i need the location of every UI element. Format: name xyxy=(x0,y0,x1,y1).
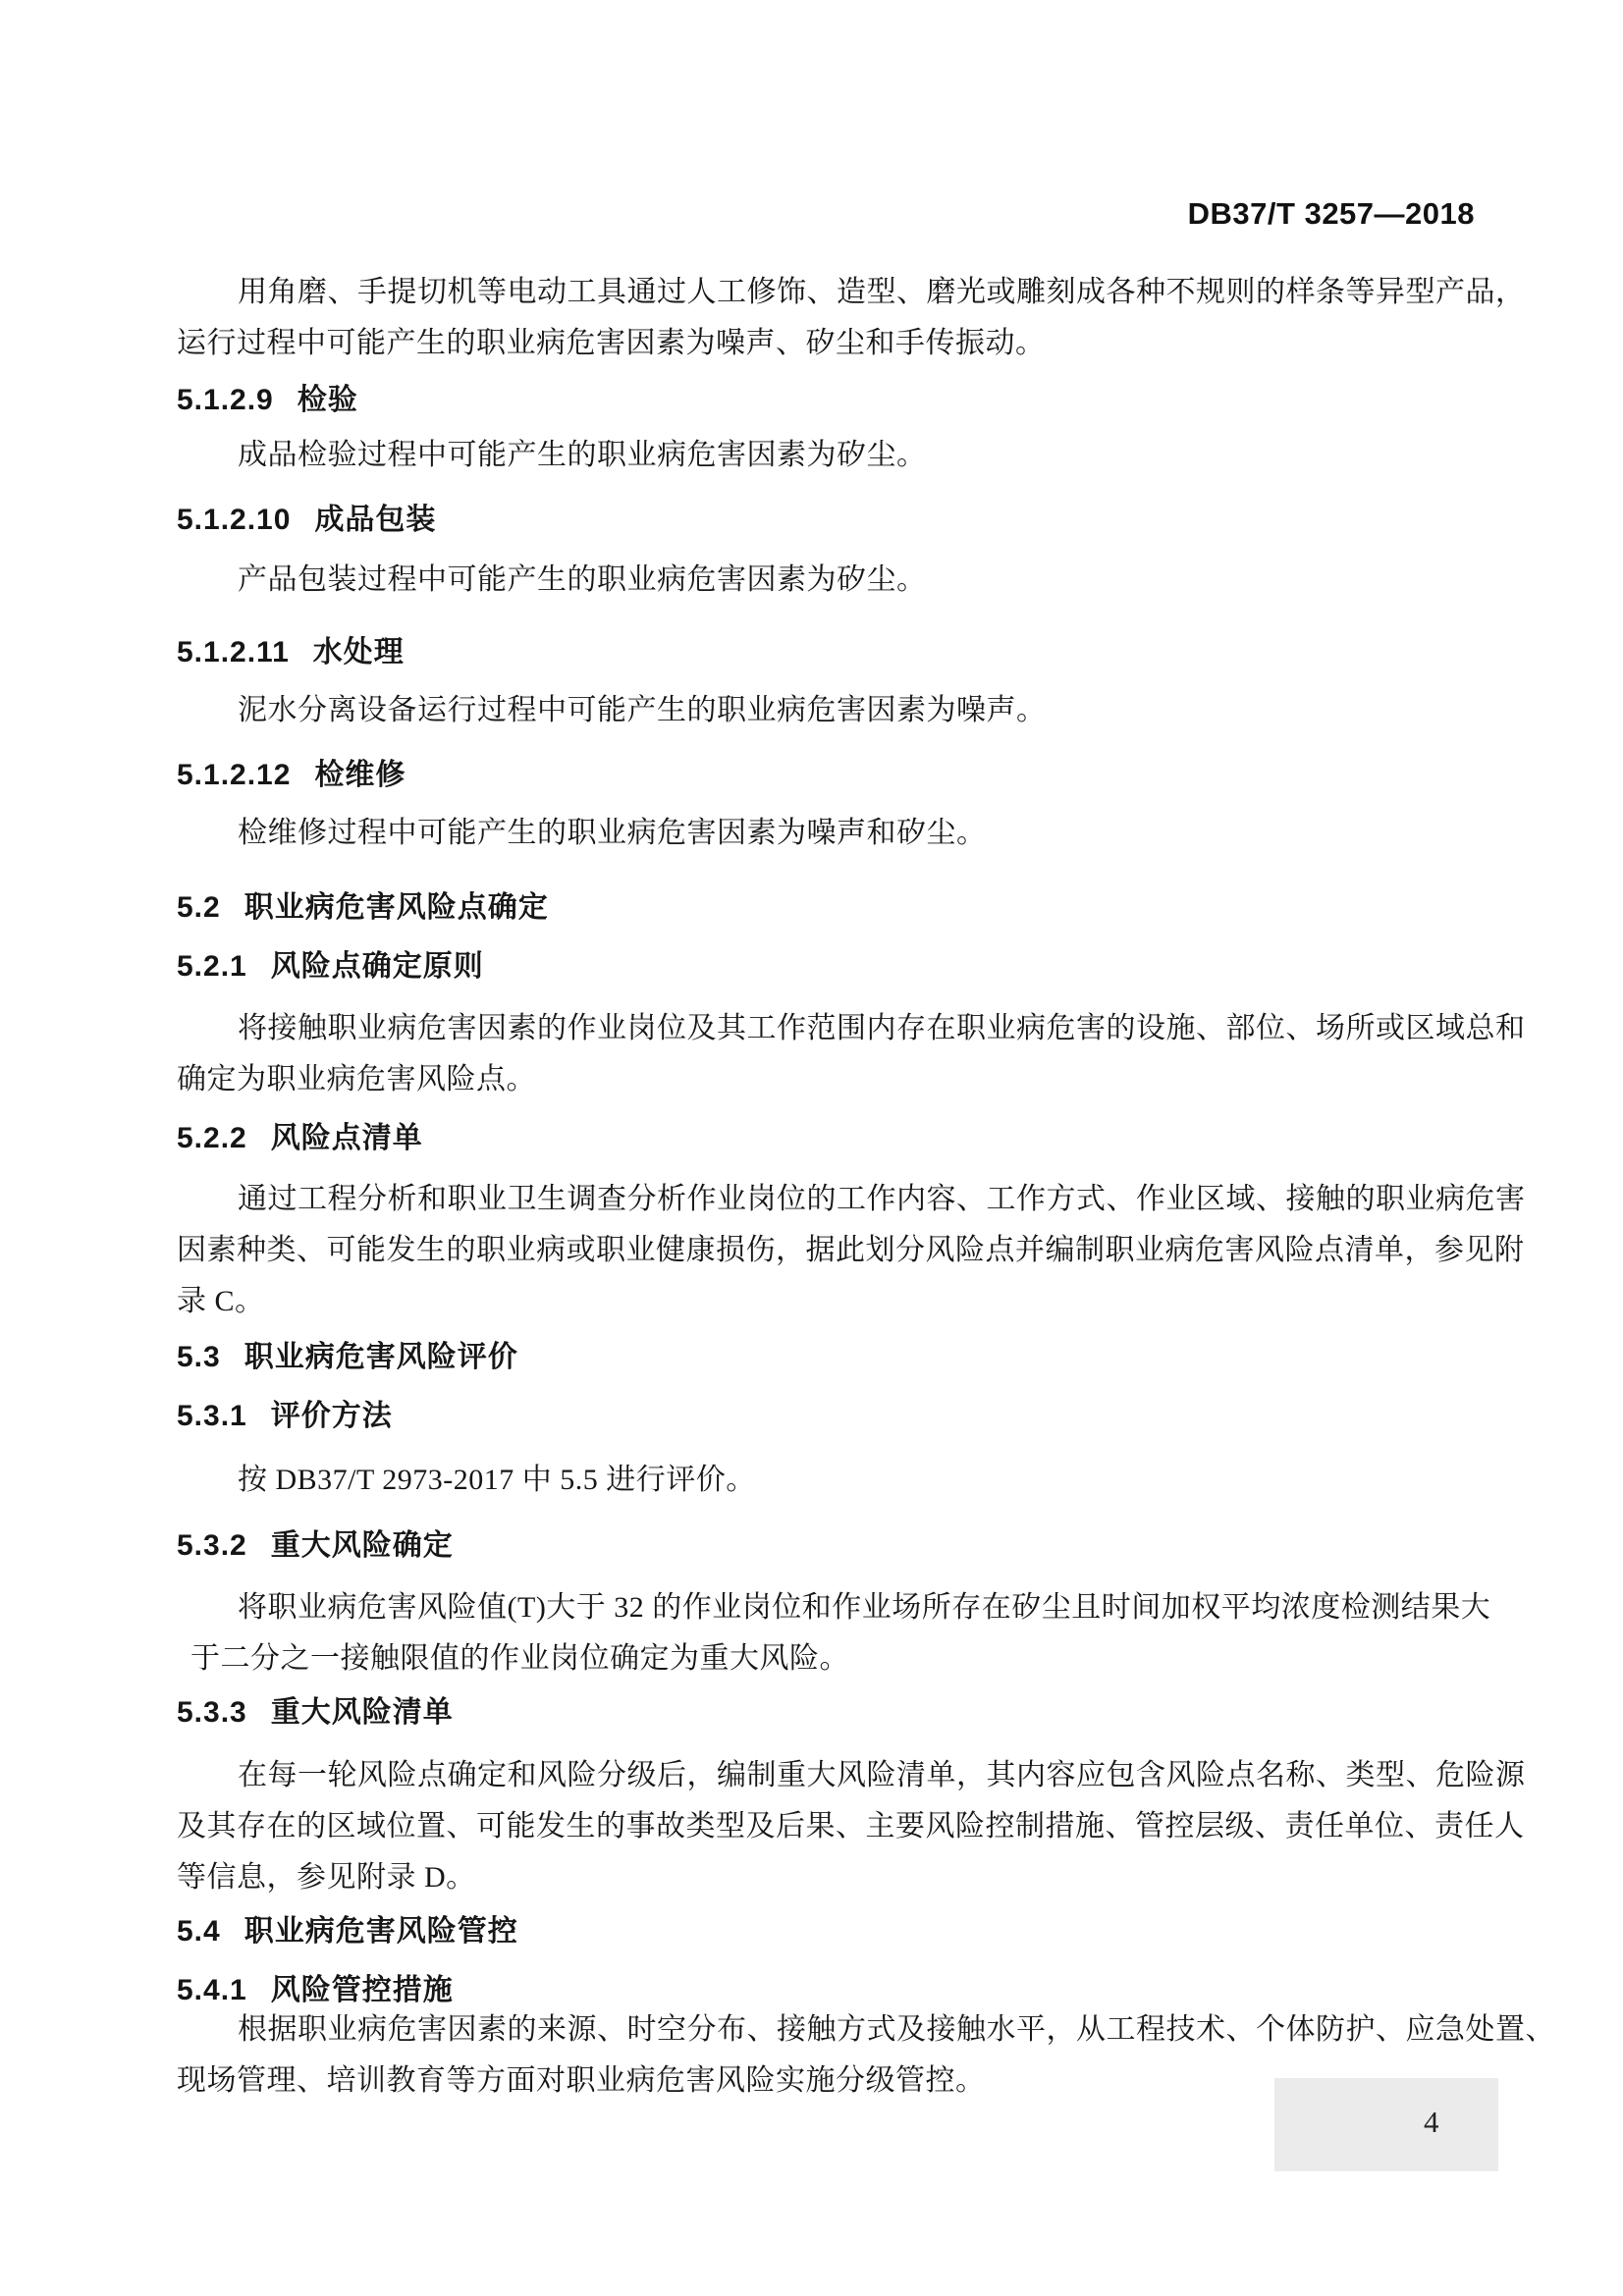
section-title: 重大风险确定 xyxy=(271,1529,454,1562)
section-title: 风险管控措施 xyxy=(271,1974,454,2006)
section-heading: 5.2.1风险点确定原则 xyxy=(177,947,484,987)
section-number: 5.1.2.12 xyxy=(177,759,291,791)
page-number: 4 xyxy=(1424,2105,1439,2140)
paragraph-line: 根据职业病危害因素的来源、时空分布、接触方式及接触水平，从工程技术、个体防护、应… xyxy=(177,2004,1518,2056)
paragraph-line: 按 DB37/T 2973-2017 中 5.5 进行评价。 xyxy=(177,1455,1518,1506)
paragraph: 按 DB37/T 2973-2017 中 5.5 进行评价。 xyxy=(177,1455,1518,1506)
section-number: 5.1.2.10 xyxy=(177,504,291,536)
section-title: 风险点确定原则 xyxy=(271,950,484,983)
section-number: 5.4.1 xyxy=(177,1974,247,2006)
paragraph-line: 将接触职业病危害因素的作业岗位及其工作范围内存在职业病危害的设施、部位、场所或区… xyxy=(177,1003,1518,1054)
section-title: 检验 xyxy=(298,384,358,416)
section-title: 检维修 xyxy=(314,759,406,791)
paragraph-line: 产品包装过程中可能产生的职业病危害因素为矽尘。 xyxy=(177,555,1518,606)
paragraph: 检维修过程中可能产生的职业病危害因素为噪声和矽尘。 xyxy=(177,808,1518,859)
paragraph-line: 运行过程中可能产生的职业病危害因素为噪声、矽尘和手传振动。 xyxy=(177,318,1518,369)
section-title: 职业病危害风险点确定 xyxy=(244,891,549,924)
paragraph: 将接触职业病危害因素的作业岗位及其工作范围内存在职业病危害的设施、部位、场所或区… xyxy=(177,1003,1518,1105)
section-number: 5.3 xyxy=(177,1341,221,1373)
paragraph-line: 检维修过程中可能产生的职业病危害因素为噪声和矽尘。 xyxy=(177,808,1518,859)
section-number: 5.1.2.11 xyxy=(177,636,290,668)
paragraph-line: 录 C。 xyxy=(177,1276,1518,1327)
paragraph-line: 于二分之一接触限值的作业岗位确定为重大风险。 xyxy=(177,1633,1518,1684)
paragraph: 成品检验过程中可能产生的职业病危害因素为矽尘。 xyxy=(177,430,1518,481)
paragraph: 用角磨、手提切机等电动工具通过人工修饰、造型、磨光或雕刻成各种不规则的样条等异型… xyxy=(177,267,1518,369)
paragraph-line: 成品检验过程中可能产生的职业病危害因素为矽尘。 xyxy=(177,430,1518,481)
section-number: 5.2 xyxy=(177,891,221,924)
section-number: 5.1.2.9 xyxy=(177,384,274,416)
paragraph-line: 确定为职业病危害风险点。 xyxy=(177,1054,1518,1105)
section-number: 5.4 xyxy=(177,1915,221,1948)
section-title: 水处理 xyxy=(313,636,405,668)
paragraph: 在每一轮风险点确定和风险分级后，编制重大风险清单，其内容应包含风险点名称、类型、… xyxy=(177,1750,1518,1903)
section-heading: 5.3职业病危害风险评价 xyxy=(177,1338,518,1377)
section-number: 5.3.3 xyxy=(177,1696,247,1729)
document-code-header: DB37/T 3257—2018 xyxy=(177,196,1475,232)
paragraph-line: 因素种类、可能发生的职业病或职业健康损伤，据此划分风险点并编制职业病危害风险点清… xyxy=(177,1225,1518,1276)
section-heading: 5.3.2重大风险确定 xyxy=(177,1526,454,1566)
section-title: 风险点清单 xyxy=(271,1122,423,1154)
section-heading: 5.1.2.11水处理 xyxy=(177,633,405,672)
paragraph: 产品包装过程中可能产生的职业病危害因素为矽尘。 xyxy=(177,555,1518,606)
section-heading: 5.1.2.9检验 xyxy=(177,381,358,420)
section-title: 评价方法 xyxy=(271,1400,393,1432)
section-heading: 5.3.3重大风险清单 xyxy=(177,1693,454,1733)
paragraph-line: 用角磨、手提切机等电动工具通过人工修饰、造型、磨光或雕刻成各种不规则的样条等异型… xyxy=(177,267,1518,318)
section-heading: 5.1.2.12检维修 xyxy=(177,756,406,795)
paragraph-line: 及其存在的区域位置、可能发生的事故类型及后果、主要风险控制措施、管控层级、责任单… xyxy=(177,1801,1518,1852)
paragraph-line: 泥水分离设备运行过程中可能产生的职业病危害因素为噪声。 xyxy=(177,685,1518,736)
section-number: 5.3.2 xyxy=(177,1529,247,1562)
section-number: 5.2.2 xyxy=(177,1122,247,1154)
section-number: 5.2.1 xyxy=(177,950,247,983)
paragraph-line: 在每一轮风险点确定和风险分级后，编制重大风险清单，其内容应包含风险点名称、类型、… xyxy=(177,1750,1518,1801)
paragraph-line: 通过工程分析和职业卫生调查分析作业岗位的工作内容、工作方式、作业区域、接触的职业… xyxy=(177,1174,1518,1225)
section-heading: 5.1.2.10成品包装 xyxy=(177,501,436,540)
section-title: 成品包装 xyxy=(314,504,436,536)
paragraph: 泥水分离设备运行过程中可能产生的职业病危害因素为噪声。 xyxy=(177,685,1518,736)
section-title: 职业病危害风险评价 xyxy=(244,1341,518,1373)
section-number: 5.3.1 xyxy=(177,1400,247,1432)
paragraph: 将职业病危害风险值(T)大于 32 的作业岗位和作业场所存在矽尘且时间加权平均浓… xyxy=(177,1582,1518,1684)
section-heading: 5.2.2风险点清单 xyxy=(177,1119,423,1158)
section-heading: 5.4职业病危害风险管控 xyxy=(177,1912,518,1951)
section-heading: 5.2职业病危害风险点确定 xyxy=(177,888,549,928)
paragraph-line: 将职业病危害风险值(T)大于 32 的作业岗位和作业场所存在矽尘且时间加权平均浓… xyxy=(177,1582,1518,1633)
page-corner-shade xyxy=(1274,2078,1498,2171)
section-heading: 5.3.1评价方法 xyxy=(177,1397,393,1436)
paragraph-line: 等信息，参见附录 D。 xyxy=(177,1852,1518,1903)
paragraph: 通过工程分析和职业卫生调查分析作业岗位的工作内容、工作方式、作业区域、接触的职业… xyxy=(177,1174,1518,1327)
section-title: 职业病危害风险管控 xyxy=(244,1915,518,1948)
section-title: 重大风险清单 xyxy=(271,1696,454,1729)
